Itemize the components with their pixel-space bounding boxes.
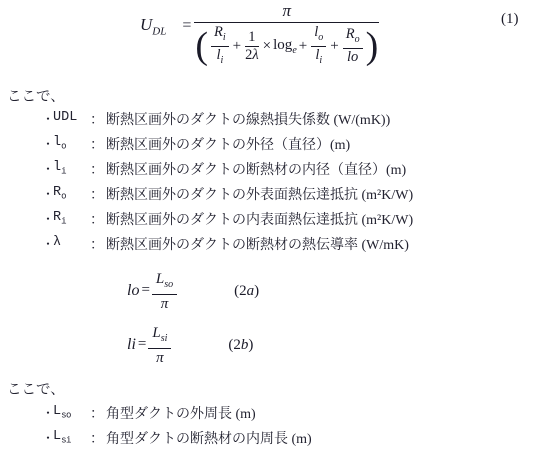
equation-1-main-fraction: π ( Ri li + 1 2λ × loge + lo li [194,2,379,68]
colon: ： [90,134,106,154]
bullet-icon: ・ [42,429,53,446]
fraction-ri-li: Ri li [211,25,229,68]
close-paren: ) [365,28,380,64]
definition-text: 断熱区画外のダクトの断熱材の熱伝導率 (W/mK) [106,234,409,254]
equation-1-lhs: UDL [140,15,166,37]
definition-text: 角型ダクトの外周長 (m) [106,403,256,423]
fraction-ro-lo: Ro lo [343,27,363,65]
definition-row-lso: ・ Lso ： 角型ダクトの外周長 (m) [42,400,312,425]
symbol-ro: Ro [53,185,90,202]
times-sign: × [263,38,271,55]
definition-row-ri: ・ Ri ： 断熱区画外のダクトの内表面熱伝達抵抗 (m²K/W) [42,206,413,231]
colon: ： [90,209,106,229]
equation-2a: lo = Lso π (2a) [127,271,259,312]
equation-1: UDL = π ( Ri li + 1 2λ × loge + lo [140,2,379,68]
equals-sign: = [182,17,191,35]
where-label-2: ここで、 [7,378,65,399]
definition-text: 断熱区画外のダクトの線熱損失係数 (W/(mK)) [106,109,390,129]
colon: ： [90,159,106,179]
numerator-pi: π [194,2,379,23]
fraction-1-2lambda: 1 2λ [245,30,259,63]
plus-sign: + [233,38,241,55]
symbol-udl: UDL [53,110,90,127]
bullet-icon: ・ [42,185,53,202]
symbol-lo: lo [53,135,90,152]
definition-row-lsi: ・ Lsi ： 角型ダクトの断熱材の内周長 (m) [42,425,312,450]
colon: ： [90,109,106,129]
equation-1-number: (1) [501,11,519,28]
symbol-li: li [53,160,90,177]
open-paren: ( [194,28,209,64]
colon: ： [90,403,106,423]
fraction-lo-li: lo li [311,25,326,68]
definition-row-lo: ・ lo ： 断熱区画外のダクトの外径（直径）(m) [42,131,413,156]
colon: ： [90,184,106,204]
definition-text: 角型ダクトの断熱材の内周長 (m) [106,428,312,448]
equation-2a-lhs: lo [127,282,139,300]
bullet-icon: ・ [42,135,53,152]
definition-row-ro: ・ Ro ： 断熱区画外のダクトの外表面熱伝達抵抗 (m²K/W) [42,181,413,206]
bullet-icon: ・ [42,235,53,252]
equation-2b: li = Lsi π (2b) [127,325,253,366]
equals-sign: = [141,282,149,299]
fraction-lso-pi: Lso π [152,271,177,312]
bullet-icon: ・ [42,404,53,421]
definition-row-lambda: ・ λ ： 断熱区画外のダクトの断熱材の熱伝導率 (W/mK) [42,231,413,256]
equation-1-denominator: ( Ri li + 1 2λ × loge + lo li + [194,23,379,68]
definition-row-li: ・ li ： 断熱区画外のダクトの断熱材の内径（直径）(m) [42,156,413,181]
bullet-icon: ・ [42,160,53,177]
symbol-ri: Ri [53,210,90,227]
equation-2a-number: (2a) [234,283,259,300]
symbol-lsi: Lsi [53,429,90,446]
equals-sign: = [138,336,146,353]
colon: ： [90,234,106,254]
equation-2b-number: (2b) [228,337,253,354]
symbol-lso: Lso [53,404,90,421]
definition-list-1: ・ UDL ： 断熱区画外のダクトの線熱損失係数 (W/(mK)) ・ lo ：… [42,106,413,256]
definition-list-2: ・ Lso ： 角型ダクトの外周長 (m) ・ Lsi ： 角型ダクトの断熱材の… [42,400,312,450]
log-e-term: loge [273,37,297,56]
plus-sign: + [330,38,338,55]
definition-text: 断熱区画外のダクトの断熱材の内径（直径）(m) [106,159,406,179]
plus-sign: + [299,38,307,55]
definition-text: 断熱区画外のダクトの内表面熱伝達抵抗 (m²K/W) [106,209,413,229]
bullet-icon: ・ [42,210,53,227]
symbol-lambda: λ [53,235,90,252]
definition-text: 断熱区画外のダクトの外径（直径）(m) [106,134,350,154]
bullet-icon: ・ [42,110,53,127]
definition-text: 断熱区画外のダクトの外表面熱伝達抵抗 (m²K/W) [106,184,413,204]
definition-row-udl: ・ UDL ： 断熱区画外のダクトの線熱損失係数 (W/(mK)) [42,106,413,131]
where-label-1: ここで、 [7,85,65,106]
equation-2b-lhs: li [127,336,136,354]
fraction-lsi-pi: Lsi π [148,325,171,366]
colon: ： [90,428,106,448]
